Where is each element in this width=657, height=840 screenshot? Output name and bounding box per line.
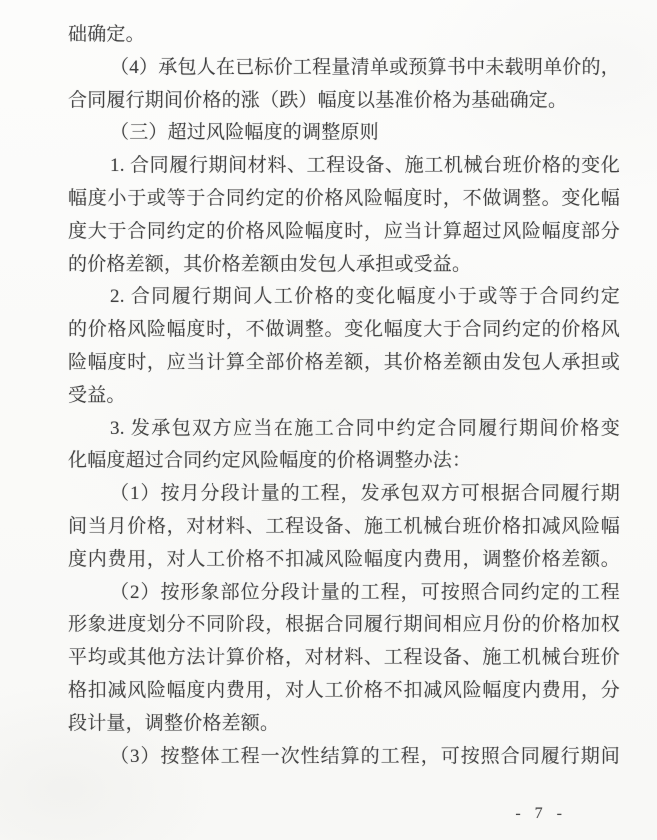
text-line: 的价格差额，其价格差额由发包人承担或受益。 (68, 249, 620, 282)
text-line: 合同履行期间价格的涨（跌）幅度以基准价格为基础确定。 (68, 85, 620, 118)
text-line: 3. 发承包双方应当在施工合同中约定合同履行期间价格变 (68, 413, 620, 446)
text-line: 础确定。 (68, 19, 620, 52)
text-line: 幅度小于或等于合同约定的价格风险幅度时，不做调整。变化幅 (68, 183, 620, 216)
text-line: 段计量，调整价格差额。 (68, 708, 620, 741)
text-line: 化幅度超过合同约定风险幅度的价格调整办法： (68, 445, 620, 478)
text-line: 形象进度划分不同阶段，根据合同履行期间相应月份的价格加权 (68, 609, 620, 642)
text-line: （2）按形象部位分段计量的工程，可按照合同约定的工程 (68, 577, 620, 610)
page-number: - 7 - (515, 802, 567, 826)
text-line: 度大于合同约定的价格风险幅度时，应当计算超过风险幅度部分 (68, 216, 620, 249)
text-line: （1）按月分段计量的工程，发承包双方可根据合同履行期 (68, 478, 620, 511)
scanned-document-page: 础确定。（4）承包人在已标价工程量清单或预算书中未载明单价的，合同履行期间价格的… (0, 0, 657, 840)
text-line: （3）按整体工程一次性结算的工程，可按照合同履行期间 (68, 741, 620, 774)
text-line: （三）超过风险幅度的调整原则 (68, 117, 620, 150)
text-line: 度内费用，对人工价格不扣减风险幅度内费用，调整价格差额。 (68, 544, 620, 577)
text-line: 险幅度时，应当计算全部价格差额，其价格差额由发包人承担或 (68, 347, 620, 380)
text-line: 格扣减风险幅度内费用，对人工价格不扣减风险幅度内费用，分 (68, 675, 620, 708)
text-line: 受益。 (68, 380, 620, 413)
text-line: 1. 合同履行期间材料、工程设备、施工机械台班价格的变化 (68, 150, 620, 183)
text-line: 的价格风险幅度时，不做调整。变化幅度大于合同约定的价格风 (68, 314, 620, 347)
text-line: 平均或其他方法计算价格，对材料、工程设备、施工机械台班价 (68, 642, 620, 675)
text-line: 间当月价格，对材料、工程设备、施工机械台班价格扣减风险幅 (68, 511, 620, 544)
text-line: （4）承包人在已标价工程量清单或预算书中未载明单价的， (68, 52, 620, 85)
text-line: 2. 合同履行期间人工价格的变化幅度小于或等于合同约定 (68, 281, 620, 314)
document-body: 础确定。（4）承包人在已标价工程量清单或预算书中未载明单价的，合同履行期间价格的… (68, 19, 620, 773)
